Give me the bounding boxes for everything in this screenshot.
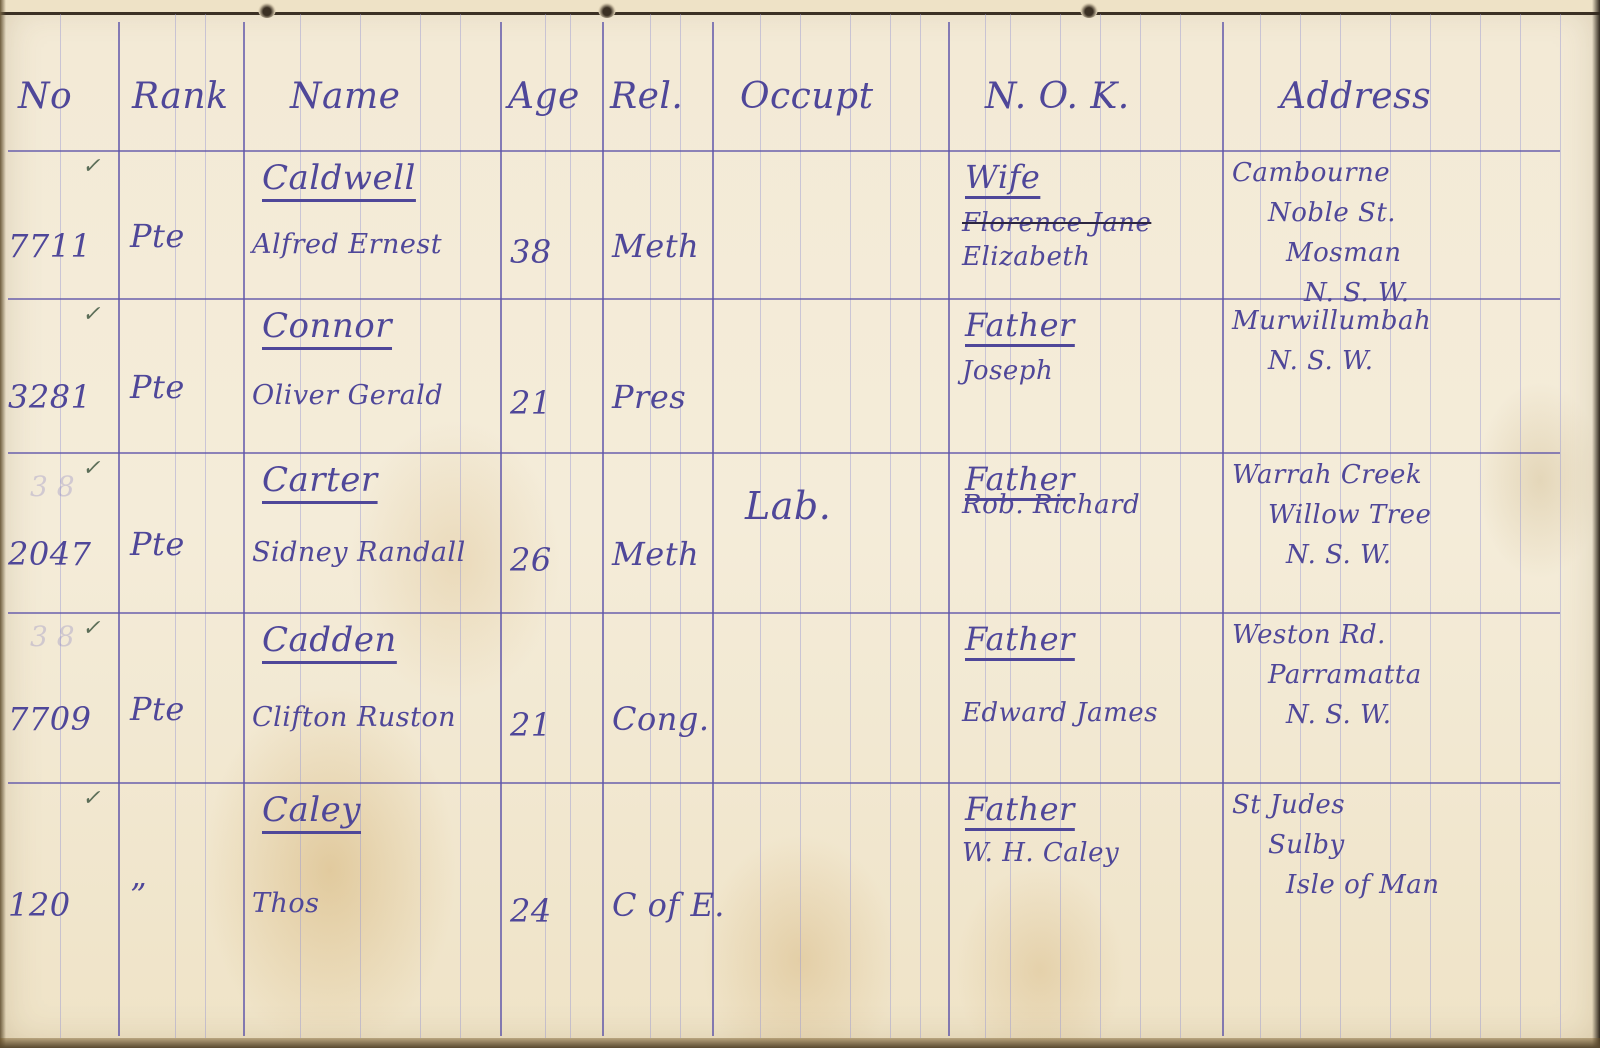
given-names: Clifton Ruston (252, 702, 456, 733)
next-of-kin-relation: Father (965, 790, 1075, 828)
page-right-edge (1592, 0, 1600, 1048)
surname: Connor (262, 306, 392, 346)
header-age: Age (508, 76, 580, 117)
ruled-line (1060, 14, 1061, 1038)
binding-stitch (258, 2, 276, 18)
header-address: Address (1280, 76, 1431, 117)
ruled-line (850, 14, 851, 1038)
service-number: 3281 (8, 378, 91, 416)
ruled-line (920, 14, 921, 1038)
binding-stitch (1080, 2, 1098, 18)
header-next-of-kin: N. O. K. (985, 76, 1130, 117)
address-line: Isle of Man (1286, 870, 1440, 900)
column-divider (712, 22, 714, 1036)
occupation: Lab. (745, 484, 831, 528)
binding-stitch (598, 2, 616, 18)
ruled-line (570, 14, 571, 1038)
religion: Cong. (612, 700, 710, 738)
surname: Carter (262, 460, 378, 500)
given-names: Thos (252, 888, 320, 919)
ruled-line (890, 14, 891, 1038)
faint-margin-mark: 3 8 (30, 620, 75, 653)
surname: Caley (262, 790, 361, 830)
surname: Caldwell (262, 158, 416, 198)
next-of-kin-relation: Wife (965, 158, 1040, 196)
ruled-line (1560, 14, 1561, 1038)
ledger-page: No Rank Name Age Rel. Occupt N. O. K. Ad… (0, 0, 1600, 1048)
page-bottom-edge (0, 1038, 1600, 1048)
given-names: Sidney Randall (252, 537, 466, 568)
ruled-line (680, 14, 681, 1038)
address-line: N. S. W. (1286, 700, 1391, 730)
next-of-kin-name: Joseph (962, 356, 1053, 386)
header-occupation: Occupt (740, 76, 874, 117)
address-line: Murwillumbah (1232, 306, 1431, 336)
religion: Meth (612, 227, 699, 265)
rank: ” (130, 876, 147, 914)
address-line: Noble St. (1268, 198, 1396, 228)
address-line: Cambourne (1232, 158, 1390, 188)
surname: Cadden (262, 620, 397, 660)
row-divider (8, 612, 1560, 614)
age: 26 (510, 541, 552, 579)
religion: Meth (612, 535, 699, 573)
column-divider (948, 22, 950, 1036)
page-left-edge (0, 0, 6, 1048)
ruled-line (205, 14, 206, 1038)
next-of-kin-relation: Father (965, 306, 1075, 344)
ruled-line (420, 14, 421, 1038)
age: 21 (510, 706, 552, 744)
address-line: Weston Rd. (1232, 620, 1386, 650)
rank: Pte (130, 525, 185, 563)
check-mark: ✓ (82, 302, 100, 327)
ruled-line (1520, 14, 1521, 1038)
next-of-kin-name: W. H. Caley (962, 838, 1119, 868)
row-divider (8, 150, 1560, 152)
check-mark: ✓ (82, 786, 100, 811)
ruled-line (545, 14, 546, 1038)
ruled-line (60, 14, 61, 1038)
ruled-line (1100, 14, 1101, 1038)
rank: Pte (130, 690, 185, 728)
address-line: St Judes (1232, 790, 1345, 820)
next-of-kin-name: Edward James (962, 698, 1158, 728)
next-of-kin-relation: Father (965, 620, 1075, 658)
row-divider (8, 452, 1560, 454)
address-line: Warrah Creek (1232, 460, 1422, 490)
address-line: Mosman (1286, 238, 1402, 268)
ruled-line (460, 14, 461, 1038)
address-line: Sulby (1268, 830, 1345, 860)
service-number: 7709 (8, 700, 91, 738)
age: 38 (510, 233, 552, 271)
age: 24 (510, 892, 552, 930)
column-divider (118, 22, 120, 1036)
header-no: No (18, 76, 72, 117)
service-number: 7711 (8, 227, 91, 265)
given-names: Oliver Gerald (252, 380, 443, 411)
address-line: N. S. W. (1268, 346, 1373, 376)
given-names: Alfred Ernest (252, 229, 442, 260)
ruled-line (1140, 14, 1141, 1038)
address-line: N. S. W. (1304, 278, 1409, 308)
service-number: 120 (8, 886, 71, 924)
faint-margin-mark: 3 8 (30, 470, 75, 503)
address-line: Parramatta (1268, 660, 1422, 690)
check-mark: ✓ (82, 616, 100, 641)
age: 21 (510, 384, 552, 422)
column-divider (243, 22, 245, 1036)
column-divider (1222, 22, 1224, 1036)
next-of-kin-struck-name: Florence Jane (962, 208, 1151, 238)
ruled-line (1480, 14, 1481, 1038)
next-of-kin-name: Rob. Richard (962, 490, 1140, 520)
row-divider (8, 782, 1560, 784)
religion: Pres (612, 378, 686, 416)
header-religion: Rel. (610, 76, 683, 117)
rank: Pte (130, 368, 185, 406)
page-top-binding (0, 0, 1600, 15)
religion: C of E. (612, 886, 725, 924)
next-of-kin-name: Elizabeth (962, 242, 1091, 272)
header-name: Name (290, 76, 400, 117)
check-mark: ✓ (82, 456, 100, 481)
ruled-line (650, 14, 651, 1038)
ruled-line (1180, 14, 1181, 1038)
column-divider (602, 22, 604, 1036)
address-line: N. S. W. (1286, 540, 1391, 570)
check-mark: ✓ (82, 154, 100, 179)
column-divider (500, 22, 502, 1036)
rank: Pte (130, 217, 185, 255)
header-rank: Rank (132, 76, 228, 117)
address-line: Willow Tree (1268, 500, 1431, 530)
service-number: 2047 (8, 535, 91, 573)
